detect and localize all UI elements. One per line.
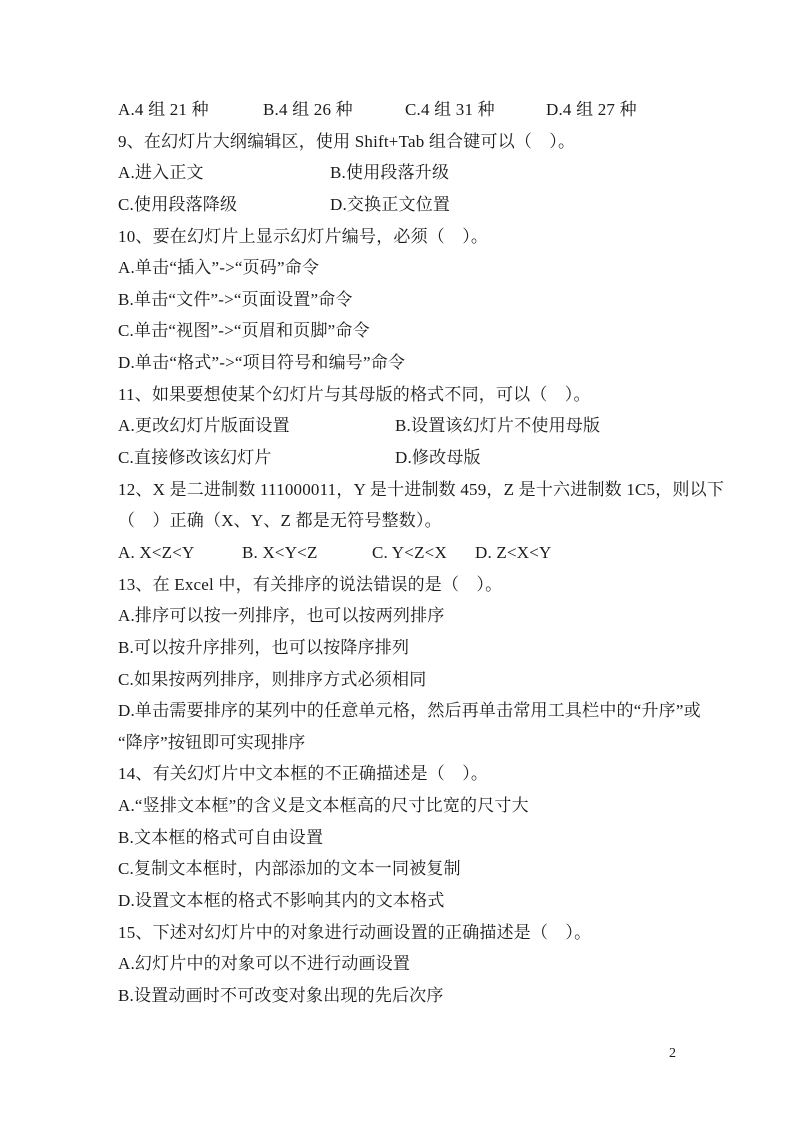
option-b: B.4 组 26 种 bbox=[263, 94, 353, 126]
question-12-line1: 12、X 是二进制数 111000011，Y 是十进制数 459，Z 是十六进制… bbox=[118, 474, 698, 506]
question-14-option-b: B.文本框的格式可自由设置 bbox=[118, 822, 698, 854]
option-d: D.修改母版 bbox=[395, 442, 481, 474]
option-c: C.直接修改该幻灯片 bbox=[118, 442, 272, 474]
exam-content: A.4 组 21 种 B.4 组 26 种 C.4 组 31 种 D.4 组 2… bbox=[118, 94, 698, 1012]
options-row-q8-answers: A.4 组 21 种 B.4 组 26 种 C.4 组 31 种 D.4 组 2… bbox=[118, 94, 698, 126]
option-d: D. Z<X<Y bbox=[475, 537, 552, 569]
option-c: C.使用段落降级 bbox=[118, 189, 237, 221]
option-a: A. X<Z<Y bbox=[118, 537, 195, 569]
question-15-option-a: A.幻灯片中的对象可以不进行动画设置 bbox=[118, 948, 698, 980]
question-14-option-d: D.设置文本框的格式不影响其内的文本格式 bbox=[118, 885, 698, 917]
question-15-option-b: B.设置动画时不可改变对象出现的先后次序 bbox=[118, 980, 698, 1012]
option-b: B.使用段落升级 bbox=[330, 157, 449, 189]
question-13-option-c: C.如果按两列排序，则排序方式必须相同 bbox=[118, 664, 698, 696]
question-12-line2: （ ）正确（X、Y、Z 都是无符号整数）。 bbox=[118, 505, 698, 537]
question-10-option-d: D.单击“格式”->“项目符号和编号”命令 bbox=[118, 347, 698, 379]
question-13-option-d-line1: D.单击需要排序的某列中的任意单元格，然后再单击常用工具栏中的“升序”或 bbox=[118, 695, 698, 727]
question-14: 14、有关幻灯片中文本框的不正确描述是（ ）。 bbox=[118, 758, 698, 790]
question-14-option-a: A.“竖排文本框”的含义是文本框高的尺寸比宽的尺寸大 bbox=[118, 790, 698, 822]
page-number: 2 bbox=[669, 1044, 676, 1064]
question-11: 11、如果要想使某个幻灯片与其母版的格式不同，可以（ ）。 bbox=[118, 379, 698, 411]
option-a: A.更改幻灯片版面设置 bbox=[118, 410, 290, 442]
option-c: C.4 组 31 种 bbox=[405, 94, 495, 126]
options-row-q11-cd: C.直接修改该幻灯片 D.修改母版 bbox=[118, 442, 698, 474]
question-13: 13、在 Excel 中，有关排序的说法错误的是（ ）。 bbox=[118, 569, 698, 601]
question-13-option-a: A.排序可以按一列排序，也可以按两列排序 bbox=[118, 600, 698, 632]
options-row-q9-cd: C.使用段落降级 D.交换正文位置 bbox=[118, 189, 698, 221]
question-10-option-b: B.单击“文件”->“页面设置”命令 bbox=[118, 284, 698, 316]
exam-page: A.4 组 21 种 B.4 组 26 种 C.4 组 31 种 D.4 组 2… bbox=[0, 0, 800, 1132]
question-10-option-c: C.单击“视图”->“页眉和页脚”命令 bbox=[118, 315, 698, 347]
option-d: D.4 组 27 种 bbox=[546, 94, 637, 126]
question-13-option-d-line2: “降序”按钮即可实现排序 bbox=[118, 727, 698, 759]
option-b: B.设置该幻灯片不使用母版 bbox=[395, 410, 600, 442]
option-b: B. X<Y<Z bbox=[242, 537, 318, 569]
question-10-option-a: A.单击“插入”->“页码”命令 bbox=[118, 252, 698, 284]
option-c: C. Y<Z<X bbox=[372, 537, 447, 569]
option-a: A.4 组 21 种 bbox=[118, 94, 209, 126]
question-13-option-b: B.可以按升序排列，也可以按降序排列 bbox=[118, 632, 698, 664]
options-row-q11-ab: A.更改幻灯片版面设置 B.设置该幻灯片不使用母版 bbox=[118, 410, 698, 442]
question-10: 10、要在幻灯片上显示幻灯片编号，必须（ ）。 bbox=[118, 221, 698, 253]
options-row-q12-answers: A. X<Z<Y B. X<Y<Z C. Y<Z<X D. Z<X<Y bbox=[118, 537, 698, 569]
question-14-option-c: C.复制文本框时，内部添加的文本一同被复制 bbox=[118, 853, 698, 885]
question-9: 9、在幻灯片大纲编辑区，使用 Shift+Tab 组合键可以（ ）。 bbox=[118, 126, 698, 158]
option-a: A.进入正文 bbox=[118, 157, 204, 189]
options-row-q9-ab: A.进入正文 B.使用段落升级 bbox=[118, 157, 698, 189]
question-15: 15、下述对幻灯片中的对象进行动画设置的正确描述是（ ）。 bbox=[118, 917, 698, 949]
option-d: D.交换正文位置 bbox=[330, 189, 450, 221]
